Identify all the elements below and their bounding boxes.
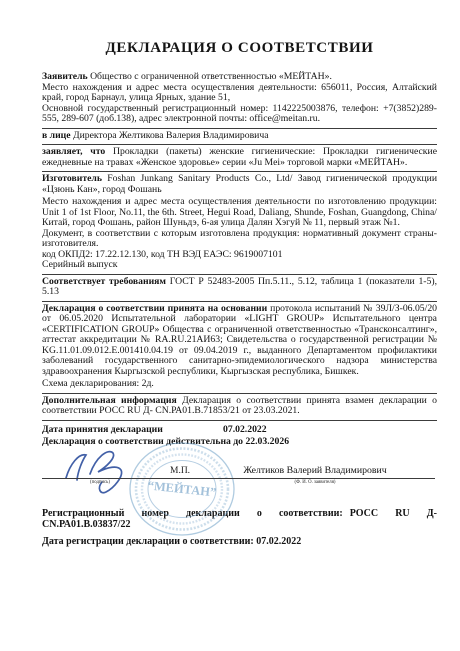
company-stamp: “МЕЙТАН”: [126, 439, 238, 539]
registration-date-line: Дата регистрации декларации о соответств…: [42, 536, 437, 547]
applicant-name: Общество с ограниченной ответственностью…: [90, 71, 332, 82]
basis-scheme: Схема декларирования: 2д.: [42, 379, 437, 390]
applicant-ogrn: Основной государственный регистрационный…: [42, 104, 437, 125]
handwritten-signature: [52, 431, 132, 497]
applicant-label: Заявитель: [42, 71, 88, 82]
declares-label: заявляет, что: [42, 146, 105, 157]
manufacturer-section: Изготовитель Foshan Junkang Sanitary Pro…: [42, 171, 437, 274]
basis-text: протокола испытаний № 39Л/З-06.05/20 от …: [42, 303, 437, 377]
basis-section: Декларация о соответствии принята на осн…: [42, 301, 437, 393]
in-person-section: в лице Директора Желтикова Валерия Влади…: [42, 128, 437, 145]
declares-section: заявляет, что Прокладки (пакеты) женские…: [42, 144, 437, 171]
declarant-name-caption: (Ф. И. О. заявителя): [202, 480, 428, 485]
mp-seal-placeholder: М.П.: [170, 466, 190, 476]
manufacturer-label: Изготовитель: [42, 173, 102, 184]
in-person-text: Директора Желтикова Валерия Владимирович…: [73, 130, 269, 141]
signature-line: [42, 478, 435, 479]
applicant-address: Место нахождения и адрес места осуществл…: [42, 83, 437, 104]
in-person-label: в лице: [42, 130, 71, 141]
document-title: ДЕКЛАРАЦИЯ О СООТВЕТСТВИИ: [42, 40, 437, 57]
compliance-line: Соответствует требованиям ГОСТ Р 52483-2…: [42, 277, 437, 298]
document-content: ДЕКЛАРАЦИЯ О СООТВЕТСТВИИ Заявитель Обще…: [0, 0, 460, 547]
manufacturer-name: Foshan Junkang Sanitary Products Co., Lt…: [42, 173, 437, 195]
in-person-line: в лице Директора Желтикова Валерия Влади…: [42, 131, 437, 142]
signature-caption: (подпись): [60, 480, 140, 485]
registration-number-line: Регистрационный номер декларации о соотв…: [42, 508, 437, 530]
manufacturer-document: Документ, в соответствии с которым изгот…: [42, 229, 437, 250]
additional-info-section: Дополнительная информация Декларация о с…: [42, 393, 437, 421]
signature-area: “МЕЙТАН” М.П. (подпись) Желтиков Валерий…: [42, 449, 437, 499]
additional-info-label: Дополнительная информация: [42, 395, 177, 406]
applicant-name-line: Заявитель Общество с ограниченной ответс…: [42, 72, 437, 83]
declaration-document: ДЕКЛАРАЦИЯ О СООТВЕТСТВИИ Заявитель Обще…: [0, 0, 460, 651]
manufacturer-release: Серийный выпуск: [42, 260, 437, 271]
compliance-section: Соответствует требованиям ГОСТ Р 52483-2…: [42, 274, 437, 301]
compliance-label: Соответствует требованиям: [42, 276, 166, 287]
manufacturer-address: Место нахождения и адрес места осуществл…: [42, 197, 437, 229]
manufacturer-name-line: Изготовитель Foshan Junkang Sanitary Pro…: [42, 174, 437, 195]
basis-label: Декларация о соответствии принята на осн…: [42, 303, 267, 314]
declares-line: заявляет, что Прокладки (пакеты) женские…: [42, 147, 437, 168]
declarant-name: Желтиков Валерий Владимирович: [202, 465, 428, 476]
adoption-date-value: 07.02.2022: [223, 424, 267, 435]
registration-block: Регистрационный номер декларации о соотв…: [42, 508, 437, 547]
applicant-section: Заявитель Общество с ограниченной ответс…: [42, 70, 437, 128]
additional-info-line: Дополнительная информация Декларация о с…: [42, 396, 437, 417]
basis-line: Декларация о соответствии принята на осн…: [42, 304, 437, 378]
